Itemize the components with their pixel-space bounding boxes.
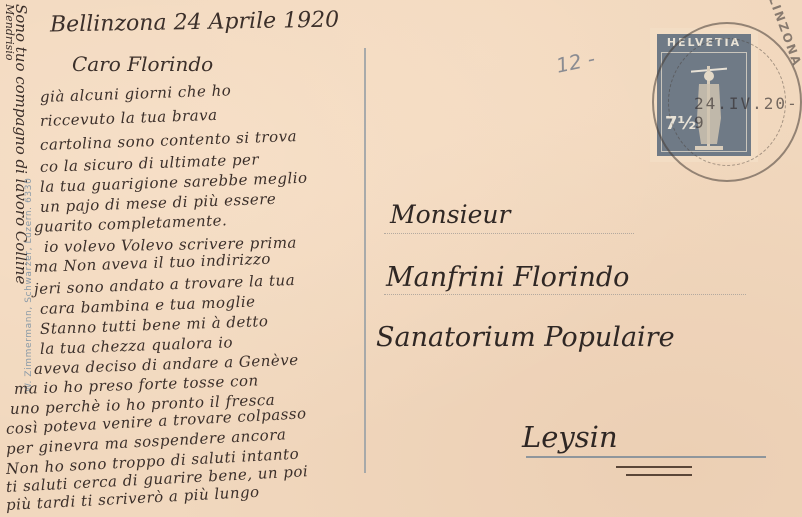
address-line-2: Manfrini Florindo [386, 262, 629, 293]
postmark-date: 24.IV.20-9 [694, 94, 800, 132]
postcard: Sono tuo compagno di lavoro Colline Mend… [0, 0, 802, 517]
address-line-1: Monsieur [390, 200, 510, 229]
address-line-4: Leysin [522, 420, 618, 454]
address-guide-line-1 [384, 233, 634, 234]
message-line: già alcuni giorni che ho [40, 81, 232, 106]
publisher-imprint: W. Zimmermann, Schwarzer, Luzern. 6330 [24, 178, 34, 392]
place-date: Bellinzona 24 Aprile 1920 [50, 7, 340, 37]
message-line: jeri sono andato a trovare la tua [34, 271, 296, 298]
address-guide-line-2 [384, 294, 746, 295]
address-line-3: Sanatorium Populaire [376, 322, 675, 353]
message-line: riccevuto la tua brava [40, 106, 218, 130]
pencil-mark: 12 - [554, 46, 597, 78]
salutation: Caro Florindo [72, 52, 213, 76]
address-underline [526, 456, 766, 458]
margin-note-2: Mendrisio [3, 4, 16, 60]
city-double-underline-top [616, 466, 692, 468]
center-divider [364, 48, 366, 473]
city-double-underline-bottom [626, 474, 692, 476]
postmark: 24.IV.20-9 BELLINZONA [652, 22, 802, 182]
